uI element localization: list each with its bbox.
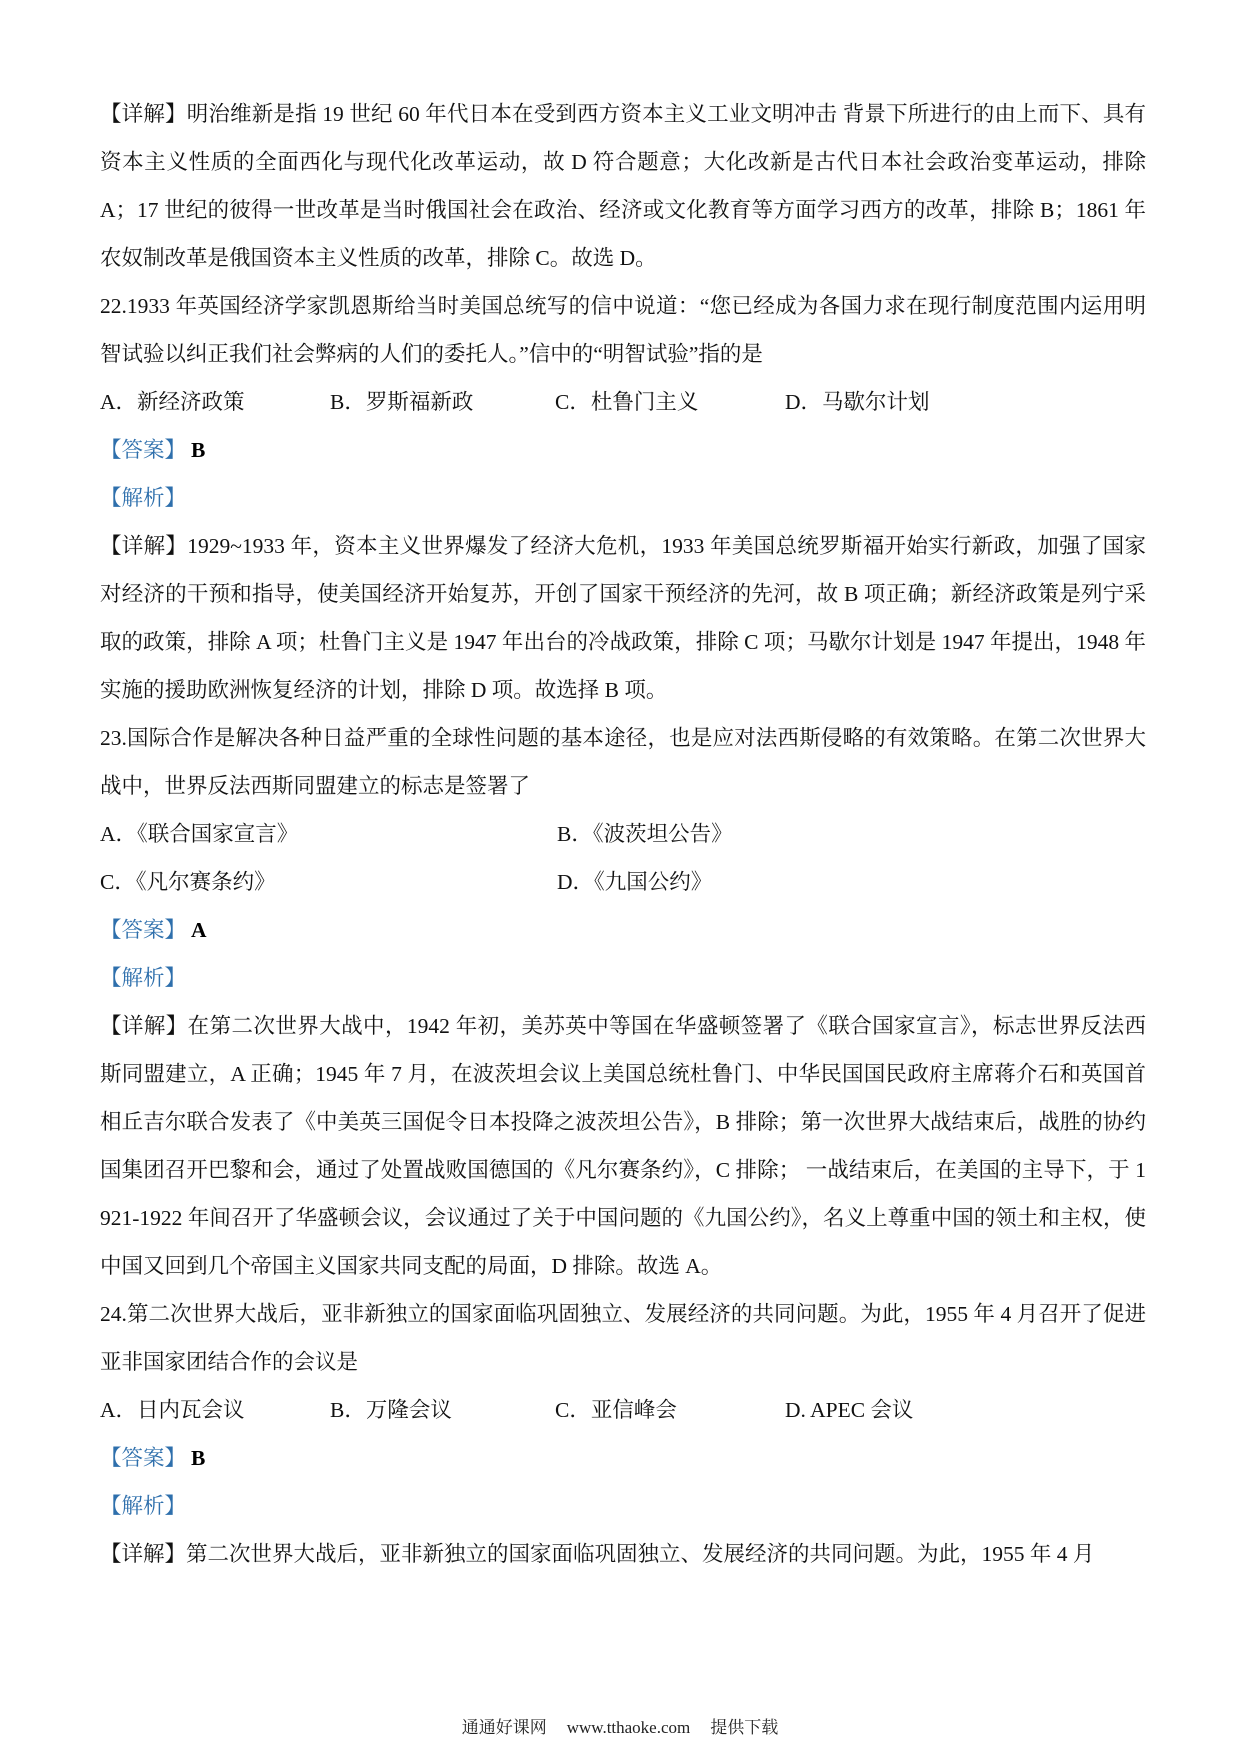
q24-answer-value: B <box>191 1446 205 1470</box>
q24-option-a: A．日内瓦会议 <box>100 1386 330 1434</box>
q23-option-b: B．《波茨坦公告》 <box>557 810 1146 858</box>
q22-option-c: C．杜鲁门主义 <box>555 378 785 426</box>
q23-answer-line: 【答案】A <box>100 906 1146 954</box>
q23-option-a: A．《联合国家宣言》 <box>100 810 557 858</box>
q22-detail-paragraph: 【详解】1929~1933 年，资本主义世界爆发了经济大危机，1933 年美国总… <box>100 522 1146 714</box>
q23-options-row1: A．《联合国家宣言》 B．《波茨坦公告》 <box>100 810 1146 858</box>
q23-stem: 23.国际合作是解决各种日益严重的全球性问题的基本途径，也是应对法西斯侵略的有效… <box>100 714 1146 810</box>
q22-option-a: A．新经济政策 <box>100 378 330 426</box>
q24-analysis-line: 【解析】 <box>100 1482 1146 1530</box>
q22-answer-value: B <box>191 438 205 462</box>
q24-detail-paragraph: 【详解】第二次世界大战后，亚非新独立的国家面临巩固独立、发展经济的共同问题。为此… <box>100 1530 1146 1578</box>
q23-analysis-line: 【解析】 <box>100 954 1146 1002</box>
answer-label: 【答案】 <box>100 1446 186 1470</box>
q23-option-d: D．《九国公约》 <box>557 858 1146 906</box>
q24-option-c: C．亚信峰会 <box>555 1386 785 1434</box>
analysis-label: 【解析】 <box>100 966 186 990</box>
q23-answer-value: A <box>191 918 207 942</box>
analysis-label: 【解析】 <box>100 486 186 510</box>
q22-stem: 22.1933 年英国经济学家凯恩斯给当时美国总统写的信中说道：“您已经成为各国… <box>100 282 1146 378</box>
page-footer: 通通好课网www.tthaoke.com提供下载 <box>0 1713 1240 1738</box>
q24-option-b: B．万隆会议 <box>330 1386 555 1434</box>
footer-url: www.tthaoke.com <box>567 1718 691 1737</box>
q22-options: A．新经济政策 B．罗斯福新政 C．杜鲁门主义 D．马歇尔计划 <box>100 378 1146 426</box>
q24-answer-line: 【答案】B <box>100 1434 1146 1482</box>
document-page: 【详解】明治维新是指 19 世纪 60 年代日本在受到西方资本主义工业文明冲击 … <box>0 0 1240 1754</box>
analysis-label: 【解析】 <box>100 1494 186 1518</box>
q22-answer-line: 【答案】B <box>100 426 1146 474</box>
answer-label: 【答案】 <box>100 918 186 942</box>
q23-option-c: C．《凡尔赛条约》 <box>100 858 557 906</box>
q22-option-b: B．罗斯福新政 <box>330 378 555 426</box>
q23-options-row2: C．《凡尔赛条约》 D．《九国公约》 <box>100 858 1146 906</box>
q24-option-d: D. APEC 会议 <box>785 1386 1146 1434</box>
q22-option-d: D．马歇尔计划 <box>785 378 1146 426</box>
q24-stem: 24.第二次世界大战后，亚非新独立的国家面临巩固独立、发展经济的共同问题。为此，… <box>100 1290 1146 1386</box>
answer-label: 【答案】 <box>100 438 186 462</box>
q21-detail-paragraph: 【详解】明治维新是指 19 世纪 60 年代日本在受到西方资本主义工业文明冲击 … <box>100 90 1146 282</box>
page-content: 【详解】明治维新是指 19 世纪 60 年代日本在受到西方资本主义工业文明冲击 … <box>100 90 1146 1578</box>
footer-suffix: 提供下载 <box>710 1718 778 1737</box>
q22-analysis-line: 【解析】 <box>100 474 1146 522</box>
q24-options: A．日内瓦会议 B．万隆会议 C．亚信峰会 D. APEC 会议 <box>100 1386 1146 1434</box>
q23-detail-paragraph: 【详解】在第二次世界大战中，1942 年初，美苏英中等国在华盛顿签署了《联合国家… <box>100 1002 1146 1290</box>
footer-site-name: 通通好课网 <box>462 1718 547 1737</box>
